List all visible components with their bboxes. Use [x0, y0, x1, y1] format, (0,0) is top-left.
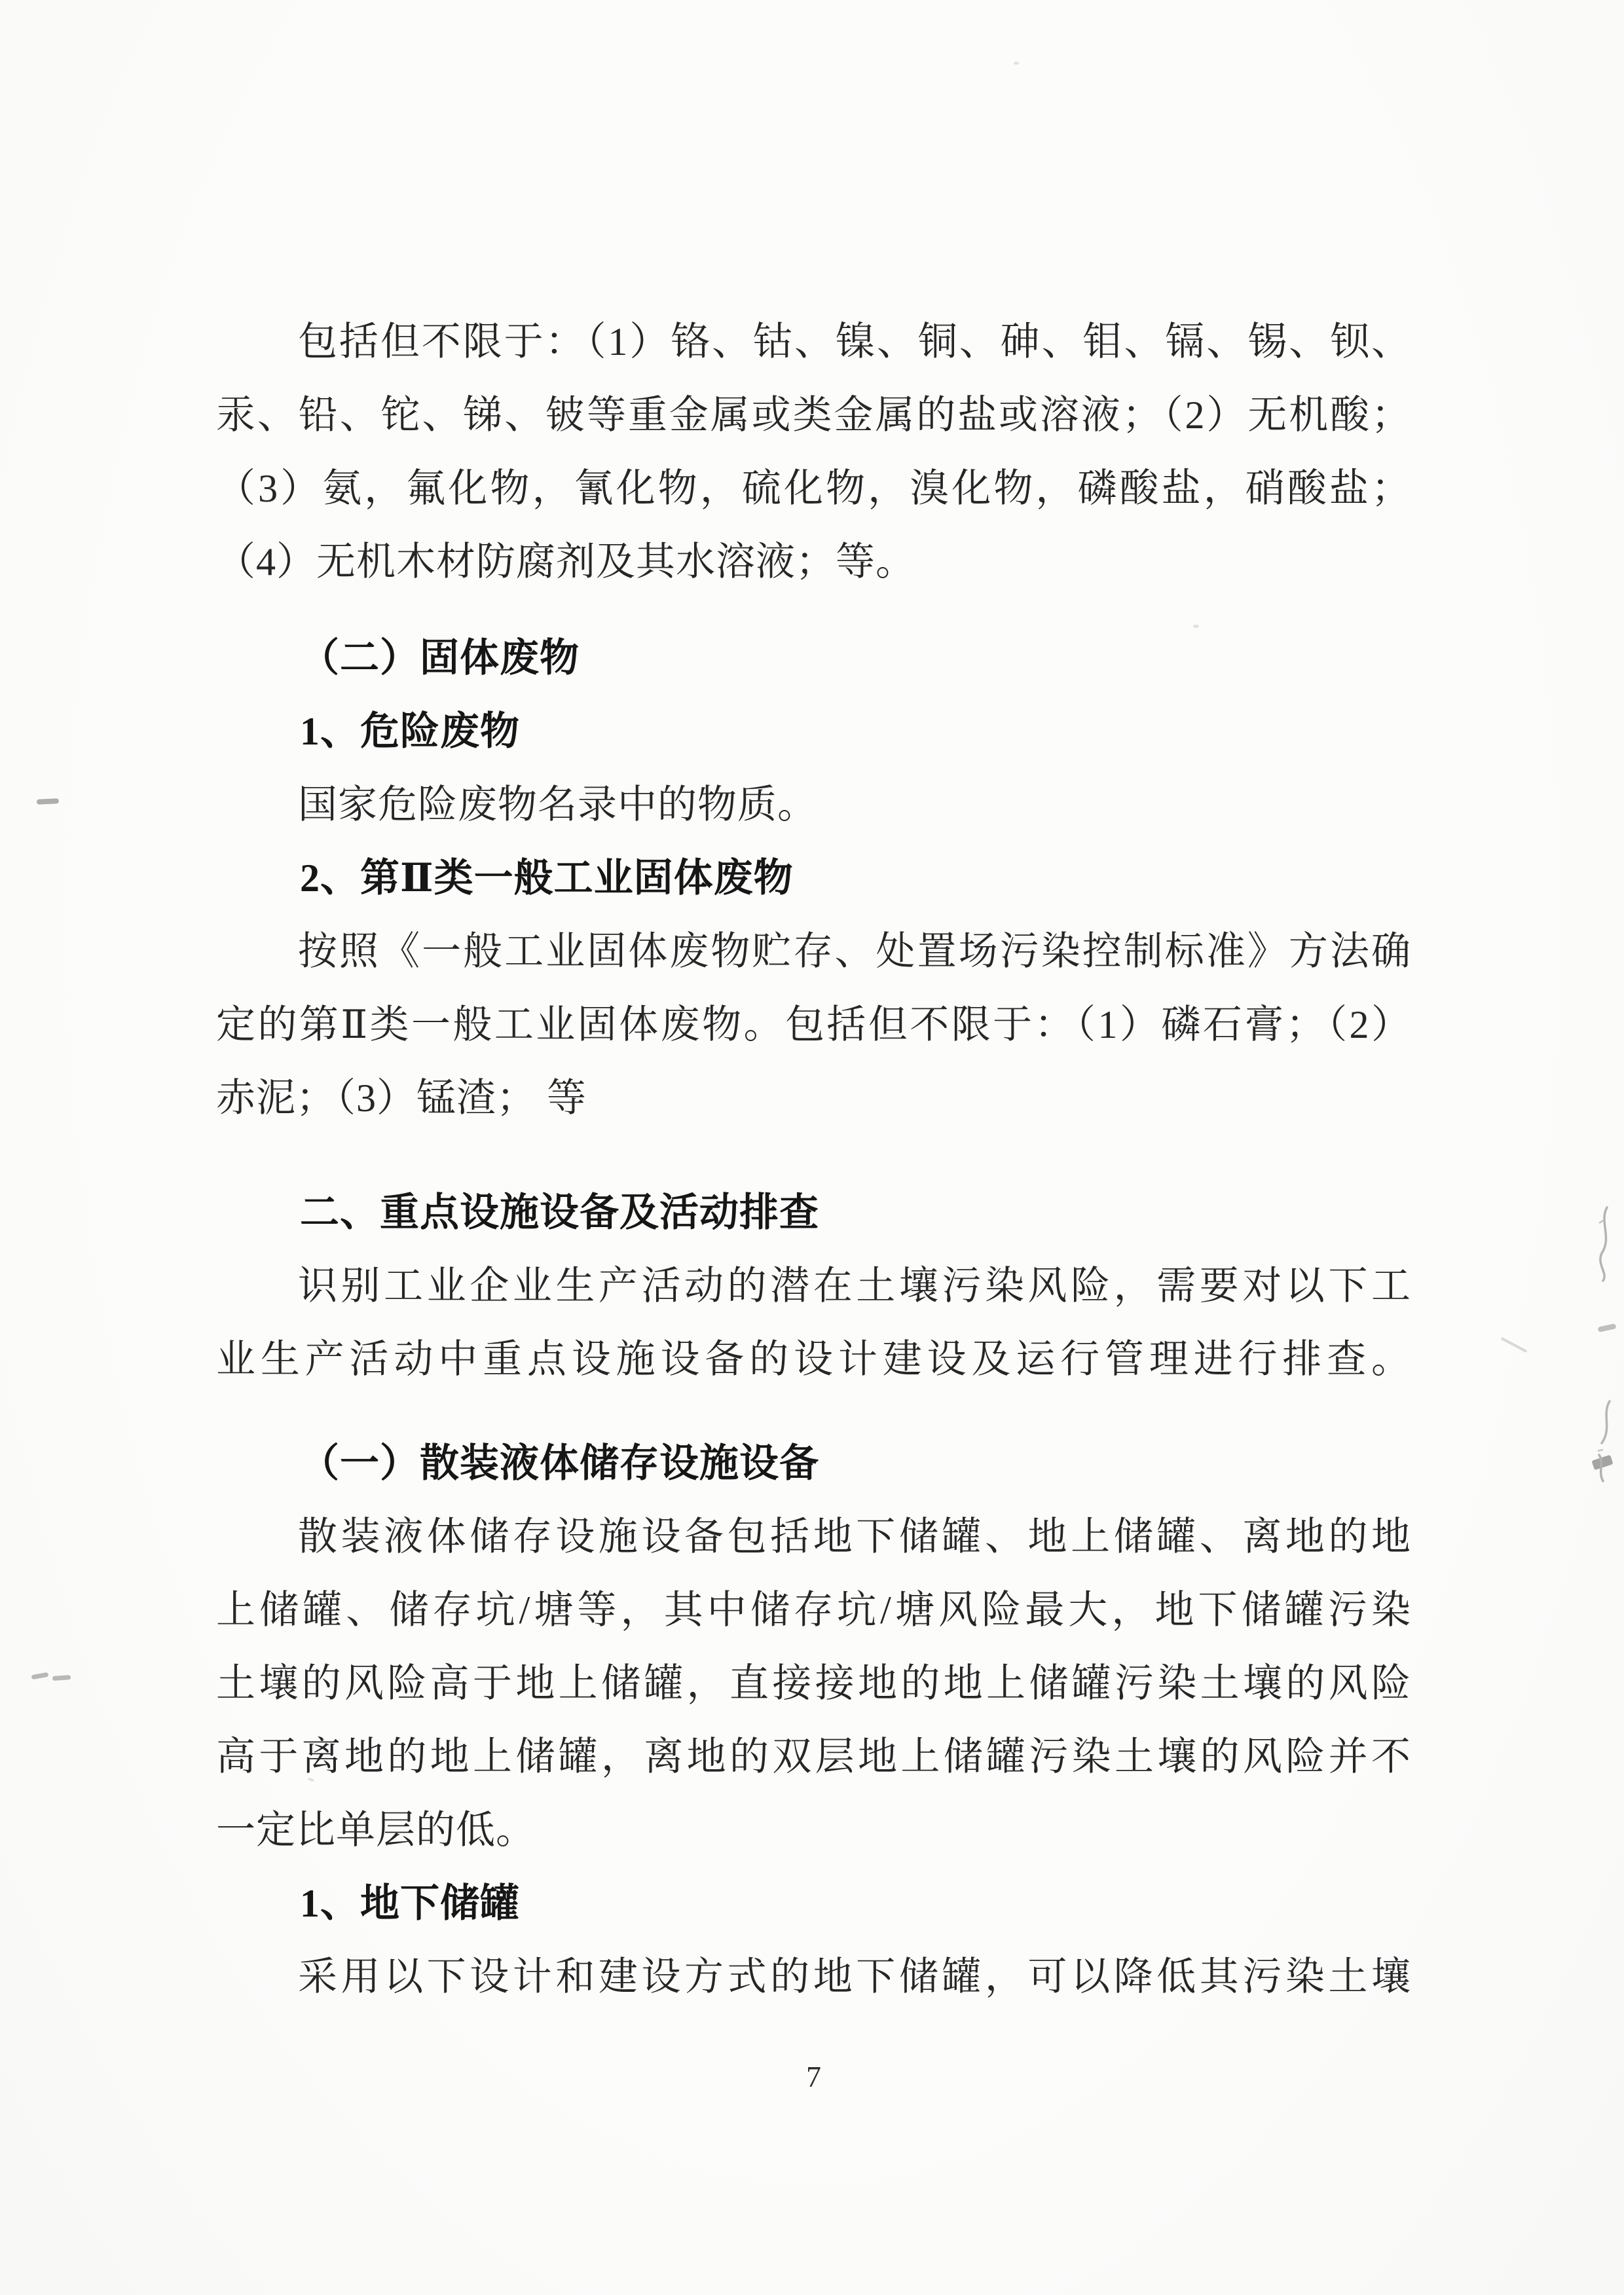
pencil-squiggle-mark: [1594, 1399, 1616, 1485]
heading-key-facilities-screening: 二、重点设施设备及活动排查: [216, 1176, 1411, 1249]
body-line: 一定比单层的低。: [216, 1793, 1411, 1867]
pencil-dash-mark: [52, 1675, 71, 1681]
body-line: 定的第Ⅱ类一般工业固体废物。包括但不限于：（1）磷石膏；（2）: [216, 988, 1411, 1061]
body-line: 散装液体储存设施设备包括地下储罐、地上储罐、离地的地: [216, 1500, 1411, 1573]
heading-bulk-liquid-storage: （一）散装液体储存设施设备: [216, 1427, 1411, 1500]
body-line: （3）氨，氟化物，氰化物，硫化物，溴化物，磷酸盐，硝酸盐；: [216, 452, 1411, 525]
body-line: 赤泥；（3）锰渣； 等: [216, 1061, 1411, 1135]
pencil-squiggle-mark: [1593, 1205, 1616, 1283]
body-line: 包括但不限于：（1）铬、钴、镍、铜、砷、钼、镉、锡、钡、: [216, 305, 1411, 378]
pencil-dash-mark: [31, 1672, 49, 1680]
body-line: 上储罐、储存坑/塘等，其中储存坑/塘风险最大，地下储罐污染: [216, 1573, 1411, 1647]
pencil-dash-mark: [1597, 1323, 1616, 1332]
heading-underground-tank: 1、地下储罐: [216, 1867, 1411, 1940]
body-line: 高于离地的地上储罐，离地的双层地上储罐污染土壤的风险并不: [216, 1720, 1411, 1793]
document-body: 包括但不限于：（1）铬、钴、镍、铜、砷、钼、镉、锡、钡、 汞、铅、铊、锑、铍等重…: [216, 0, 1411, 2093]
scan-scratch-mark: [1501, 1337, 1528, 1353]
heading-solid-waste: （二）固体废物: [216, 621, 1411, 695]
body-line: 按照《一般工业固体废物贮存、处置场污染控制标准》方法确: [216, 915, 1411, 988]
heading-hazardous-waste: 1、危险废物: [216, 695, 1411, 768]
pencil-blob-mark: [1591, 1455, 1613, 1471]
body-line: 土壤的风险高于地上储罐，直接接地的地上储罐污染土壤的风险: [216, 1647, 1411, 1720]
page-number: 7: [216, 2061, 1411, 2093]
body-line: 国家危险废物名录中的物质。: [216, 768, 1411, 841]
body-line: 采用以下设计和建设方式的地下储罐，可以降低其污染土壤: [216, 1940, 1411, 2013]
body-line: 业生产活动中重点设施设备的设计建设及运行管理进行排查。: [216, 1323, 1411, 1396]
body-line: 识别工业企业生产活动的潜在土壤污染风险，需要对以下工: [216, 1249, 1411, 1323]
body-line: 汞、铅、铊、锑、铍等重金属或类金属的盐或溶液；（2）无机酸；: [216, 378, 1411, 452]
body-line: （4）无机木材防腐剂及其水溶液；等。: [216, 525, 1411, 598]
pencil-dash-mark: [37, 798, 59, 805]
heading-class2-industrial-solid-waste: 2、第Ⅱ类一般工业固体废物: [216, 841, 1411, 915]
